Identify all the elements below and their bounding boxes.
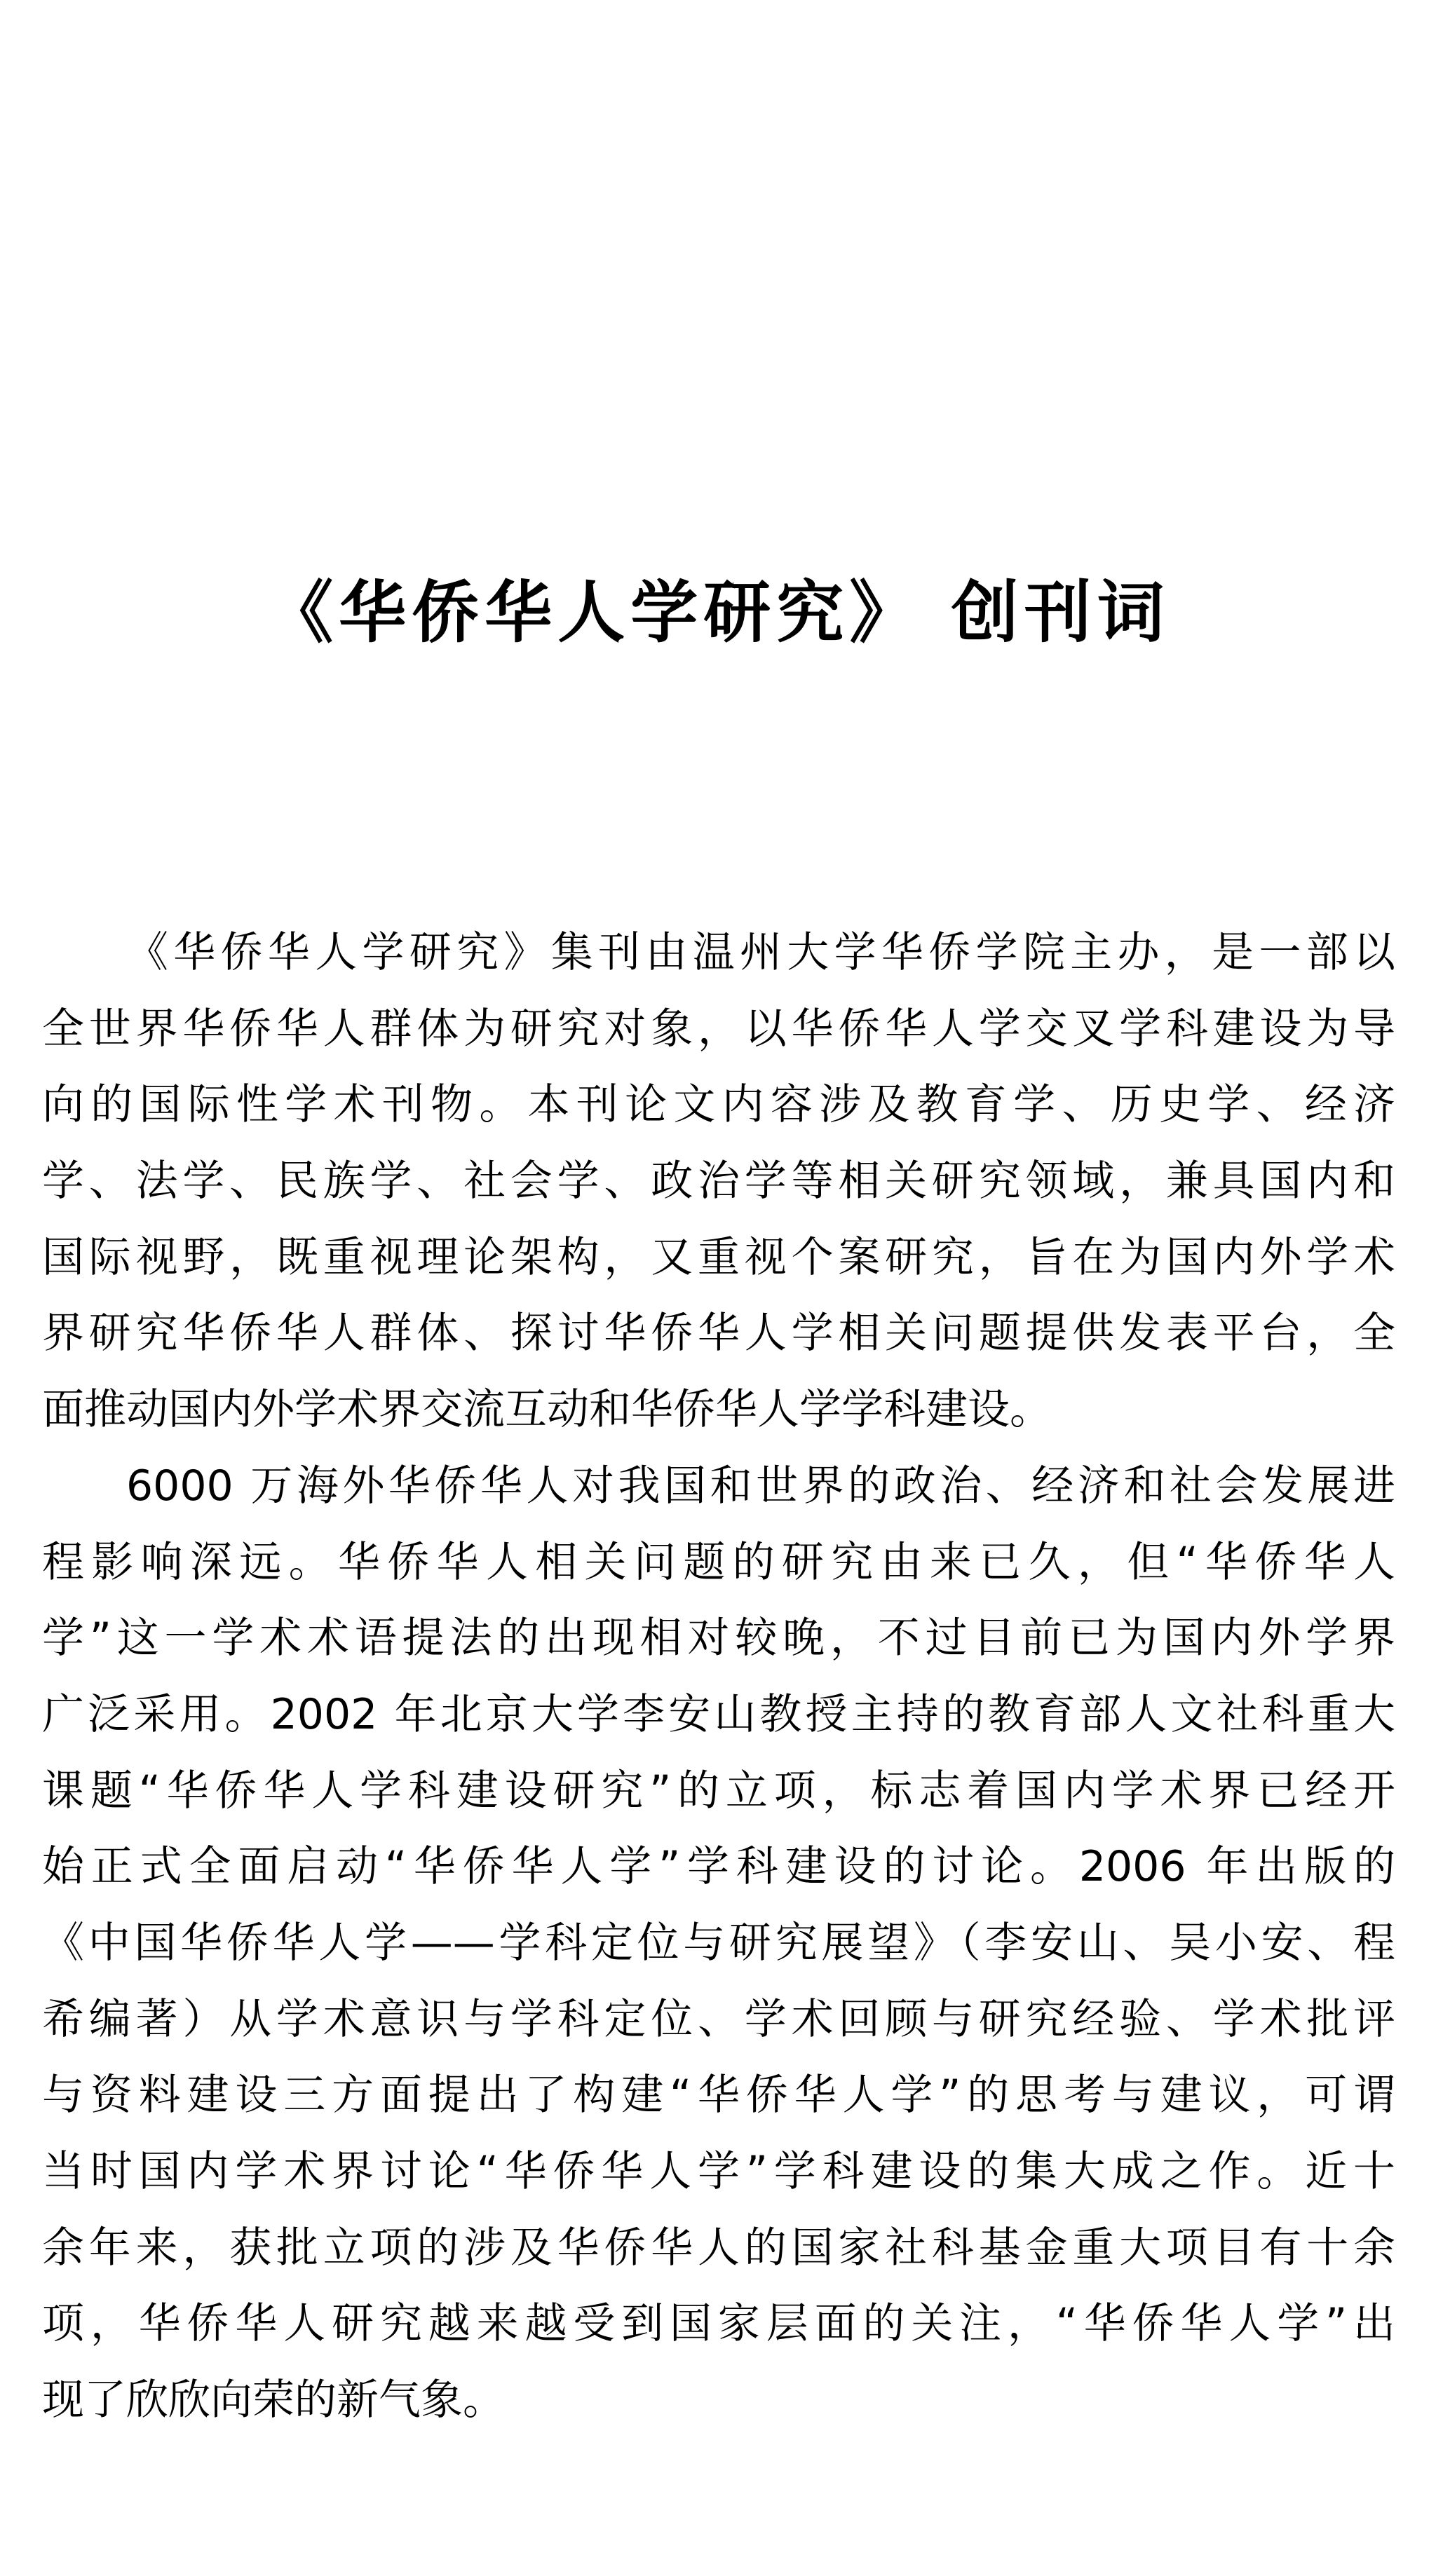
text-line: 《中国华侨华人学——学科定位与研究展望》（李安山、吴小安、程 xyxy=(42,1905,1395,1982)
text-line: 现了欣欣向荣的新气象。 xyxy=(42,2362,1395,2439)
text-line: 面推动国内外学术界交流互动和华侨华人学学科建设。 xyxy=(42,1372,1395,1448)
text-line: 项，华侨华人研究越来越受到国家层面的关注，“华侨华人学”出 xyxy=(42,2286,1395,2362)
text-line: 学”这一学术术语提法的出现相对较晚，不过目前已为国内外学界 xyxy=(42,1600,1395,1677)
text-line: 6000 万海外华侨华人对我国和世界的政治、经济和社会发展进 xyxy=(42,1448,1395,1525)
document-body: 《华侨华人学研究》集刊由温州大学华侨学院主办，是一部以 全世界华侨华人群体为研究… xyxy=(42,915,1395,2439)
paragraph-1: 《华侨华人学研究》集刊由温州大学华侨学院主办，是一部以 全世界华侨华人群体为研究… xyxy=(42,915,1395,1448)
text-line: 始正式全面启动“华侨华人学”学科建设的讨论。2006 年出版的 xyxy=(42,1829,1395,1905)
text-line: 程影响深远。华侨华人相关问题的研究由来已久，但“华侨华人 xyxy=(42,1525,1395,1601)
document-page: 《华侨华人学研究》 创刊词 《华侨华人学研究》集刊由温州大学华侨学院主办，是一部… xyxy=(0,0,1436,2576)
text-line: 界研究华侨华人群体、探讨华侨华人学相关问题提供发表平台，全 xyxy=(42,1295,1395,1372)
text-line: 国际视野，既重视理论架构，又重视个案研究，旨在为国内外学术 xyxy=(42,1220,1395,1296)
text-line: 希编著）从学术意识与学科定位、学术回顾与研究经验、学术批评 xyxy=(42,1982,1395,2058)
text-line: 课题“华侨华人学科建设研究”的立项，标志着国内学术界已经开 xyxy=(42,1753,1395,1829)
document-title: 《华侨华人学研究》 创刊词 xyxy=(0,567,1436,658)
text-line: 学、法学、民族学、社会学、政治学等相关研究领域，兼具国内和 xyxy=(42,1143,1395,1220)
text-line: 当时国内学术界讨论“华侨华人学”学科建设的集大成之作。近十 xyxy=(42,2134,1395,2210)
text-line: 全世界华侨华人群体为研究对象，以华侨华人学交叉学科建设为导 xyxy=(42,991,1395,1068)
text-line: 向的国际性学术刊物。本刊论文内容涉及教育学、历史学、经济 xyxy=(42,1067,1395,1143)
paragraph-2: 6000 万海外华侨华人对我国和世界的政治、经济和社会发展进 程影响深远。华侨华… xyxy=(42,1448,1395,2439)
text-line: 广泛采用。2002 年北京大学李安山教授主持的教育部人文社科重大 xyxy=(42,1677,1395,1753)
text-line: 余年来，获批立项的涉及华侨华人的国家社科基金重大项目有十余 xyxy=(42,2210,1395,2287)
text-line: 《华侨华人学研究》集刊由温州大学华侨学院主办，是一部以 xyxy=(42,915,1395,991)
text-line: 与资料建设三方面提出了构建“华侨华人学”的思考与建议，可谓 xyxy=(42,2057,1395,2134)
